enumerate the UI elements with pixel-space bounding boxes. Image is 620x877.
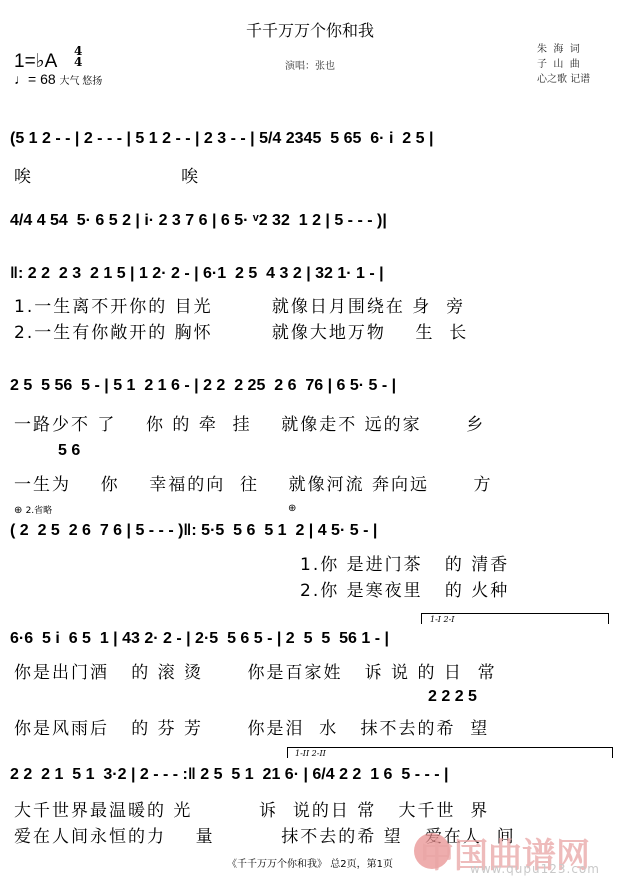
tempo-value: ♩= 68: [14, 71, 56, 87]
lyrics-system-3-verse-1: 1.一生离不开你的 目光 就像日月围绕在 身 旁: [14, 292, 465, 317]
alt-notes-system-4: 5 6: [58, 442, 610, 460]
lyrics-system-1: 唉 唉: [14, 162, 200, 187]
notation-system-6: 6·6 5 i 6 5 1 | 43 2· 2 - | 2·5 5 6 5 - …: [10, 630, 610, 648]
volta-label-1: 1-I 2-I: [430, 615, 454, 624]
notation-system-7: 2 2 2 1 5 1 3·2 | 2 - - - :‖ 2 5 5 1 21 …: [10, 766, 610, 784]
coda-marker: ⊕ 2.省略: [14, 503, 52, 516]
notation-system-5: ( 2 2 5 2 6 7 6 | 5 - - - )‖: 5·5 5 6 5 …: [10, 522, 610, 540]
lyrics-system-3-verse-2: 2.一生有你敞开的 胸怀 就像大地万物 生 长: [14, 318, 468, 343]
lyrics-system-7-verse-1: 大千世界最温暖的 光 诉 说的日 常 大千世 界: [14, 796, 489, 821]
lyrics-system-6-verse-1: 你是出门酒 的 滚 烫 你是百家姓 诉 说 的 日 常: [14, 658, 497, 683]
notation-system-2: 4/4 4 54 5· 6 5 2 | i· 2 3 7 6 | 6 5· ᵛ2…: [10, 212, 610, 230]
key-signature: 1=♭A: [14, 50, 57, 73]
volta-label-2: 1-II 2-II: [295, 749, 326, 758]
watermark-url: www.qupu123.com: [470, 862, 600, 876]
expression-text: 大气 悠扬: [60, 76, 103, 87]
song-title: 千千万万个你和我: [0, 18, 620, 41]
volta-bracket-2: [287, 747, 613, 758]
lyrics-system-6-verse-2: 你是风雨后 的 芬 芳 你是泪 水 抹不去的希 望: [14, 714, 489, 739]
notation-system-4: 2 5 5 56 5 - | 5 1 2 1 6 - | 2 2 2 25 2 …: [10, 377, 610, 395]
meter-bottom: 4: [74, 57, 82, 68]
tempo-marking: ♩= 68 大气 悠扬: [14, 71, 102, 87]
author-credits: 朱 海 词 子 山 曲 心之歌 记谱: [537, 42, 590, 87]
lyrics-system-5-verse-1: 1.你 是进门茶 的 清香: [300, 550, 509, 575]
lyrics-system-5-verse-2: 2.你 是寒夜里 的 火种: [300, 576, 509, 601]
lyrics-system-4-verse-2: 一生为 你 幸福的向 往 就像河流 奔向远 方: [14, 470, 492, 495]
coda-sign-icon: ⊕: [288, 503, 296, 514]
time-signature: 4 4: [74, 46, 82, 68]
notation-system-3: ‖: 2 2 2 3 2 1 5 | 1 2· 2 - | 6·1 2 5 4 …: [10, 265, 610, 283]
singer-credit: 演唱：张也: [285, 57, 335, 72]
alt-notes-system-6: 2 2 2 5: [428, 688, 610, 706]
notation-system-1: (5 1 2 - - | 2 - - - | 5 1 2 - - | 2 3 -…: [10, 130, 610, 148]
coda-note: 2.省略: [26, 506, 53, 516]
lyrics-system-4-verse-1: 一路少不 了 你 的 牵 挂 就像走不 远的家 乡: [14, 410, 485, 435]
